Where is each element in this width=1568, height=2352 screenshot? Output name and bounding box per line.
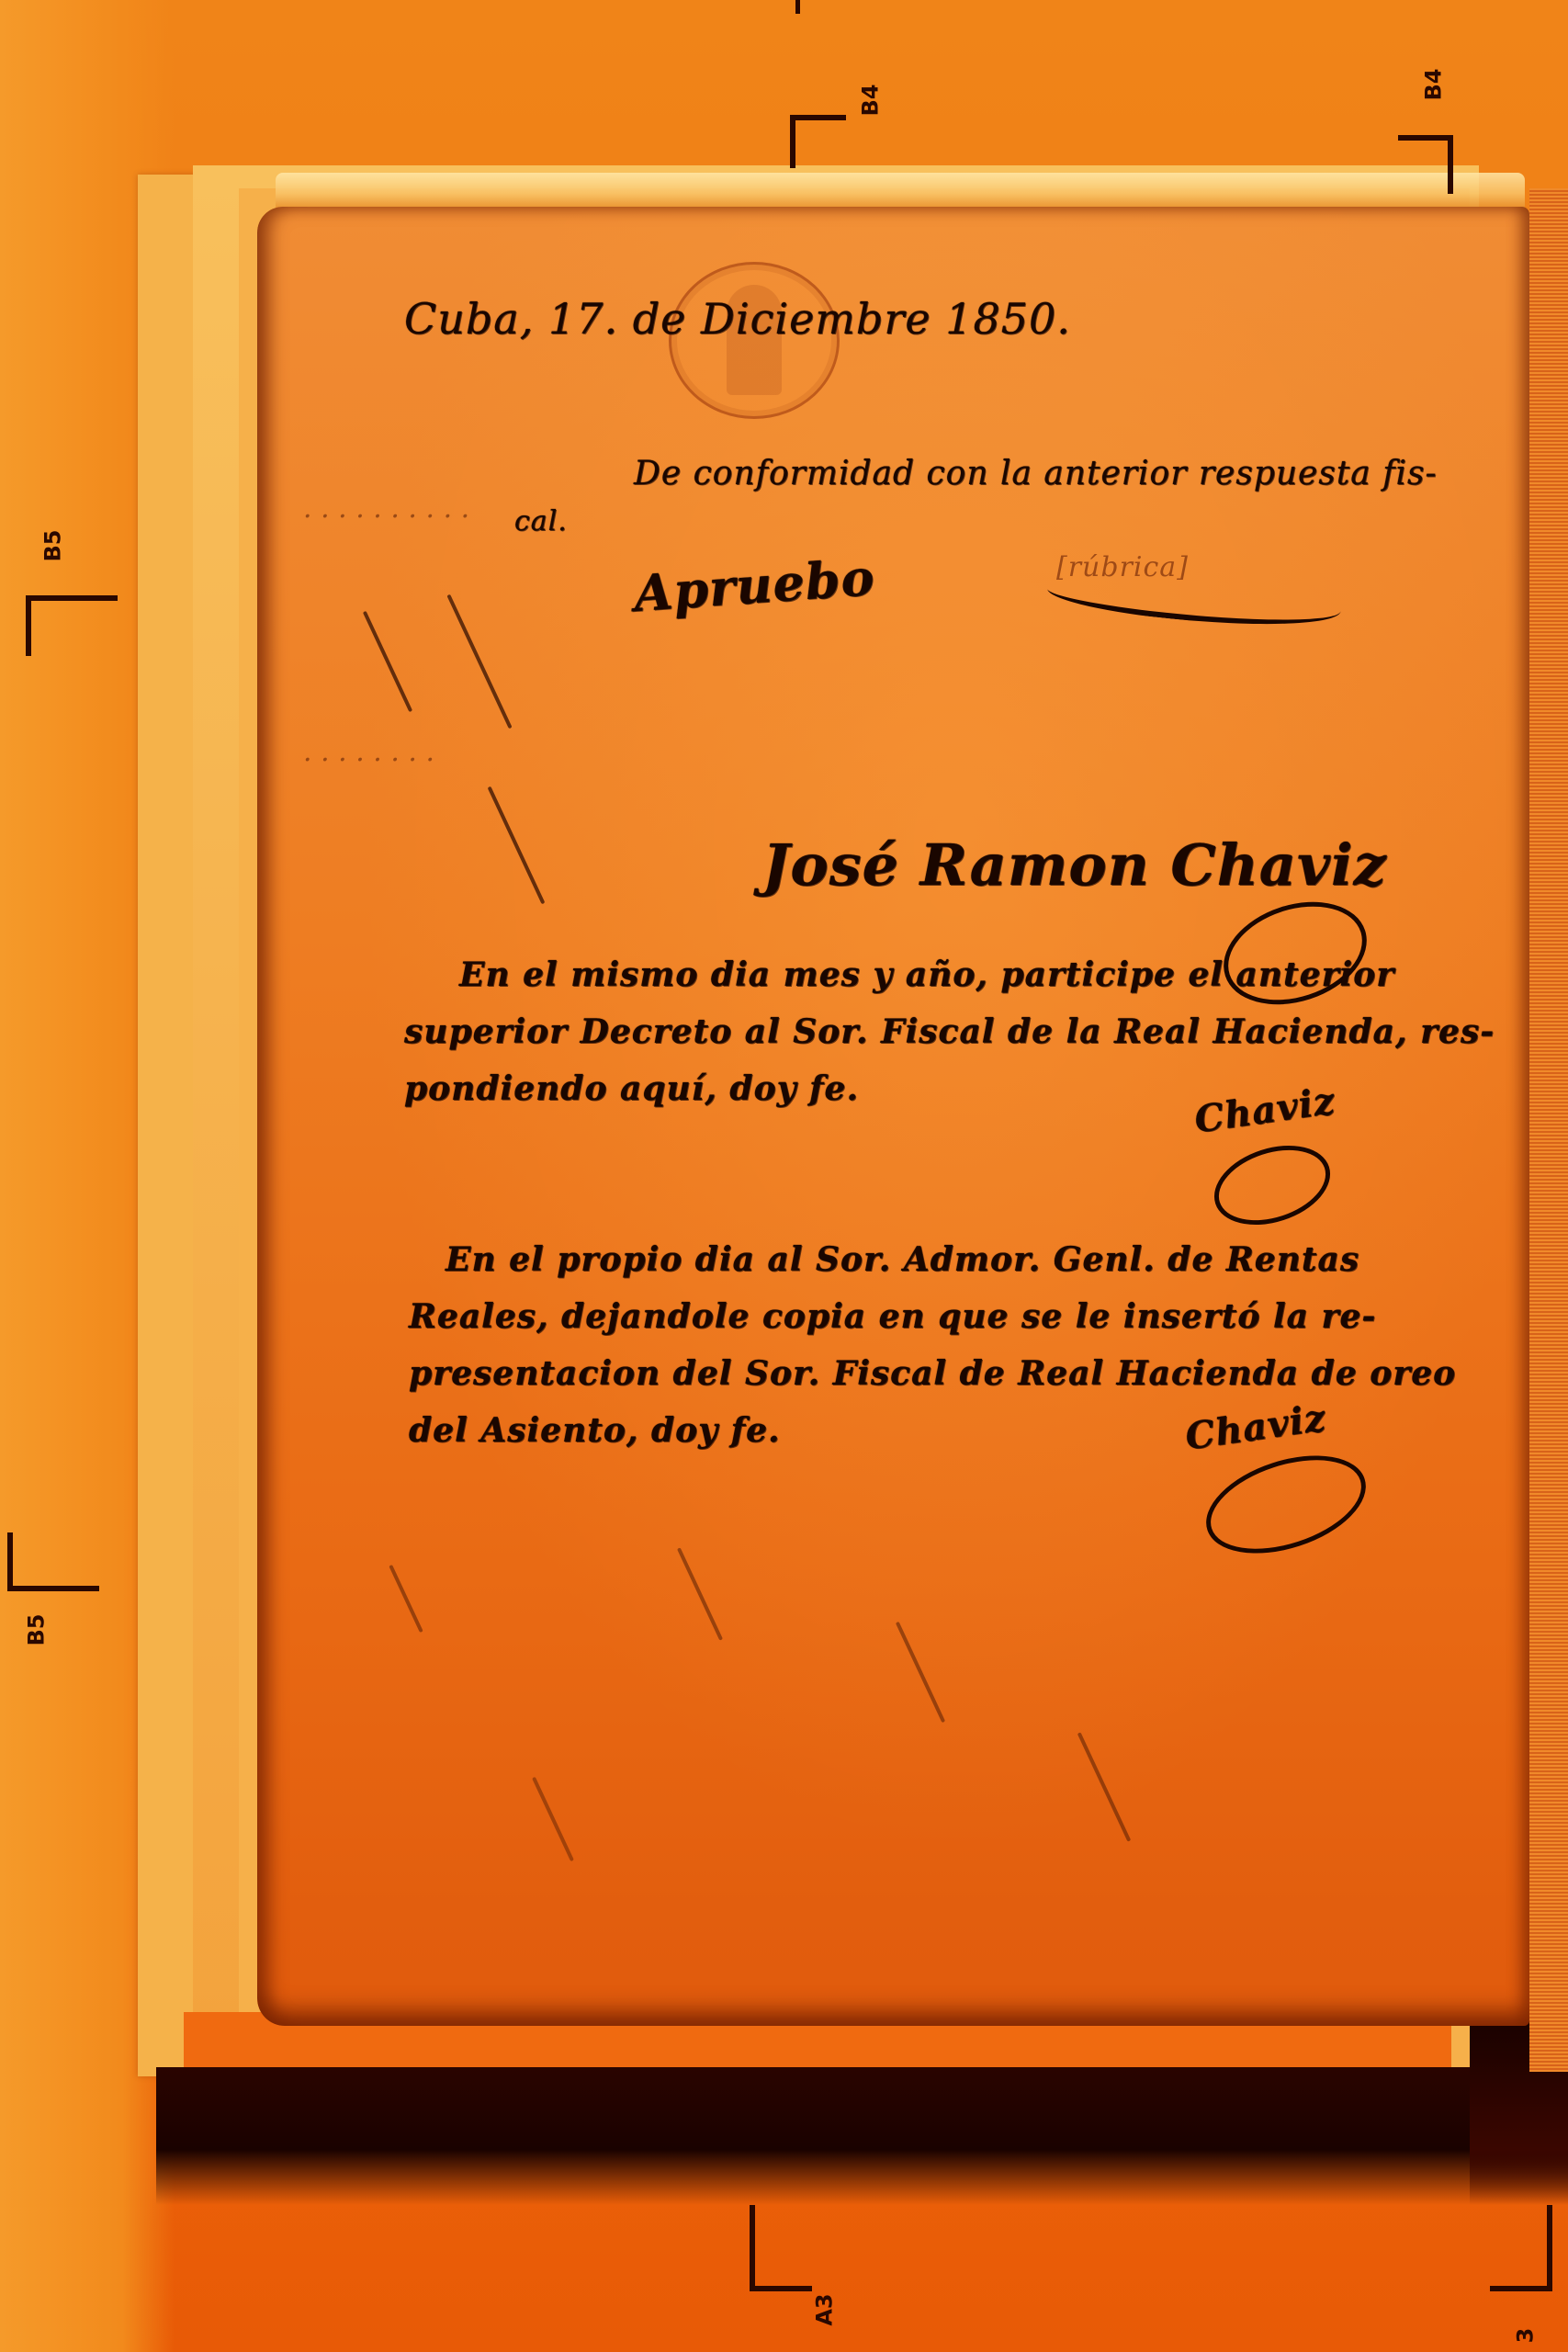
paragraph-1-line: En el mismo dia mes y año, participe el … xyxy=(459,946,1495,1003)
corner-bracket-icon xyxy=(1398,135,1453,194)
corner-bracket-icon xyxy=(1490,2205,1552,2291)
marker-label: B5 xyxy=(24,1614,50,1646)
paragraph-1-line: superior Decreto al Sor. Fiscal de la Re… xyxy=(404,1003,1495,1060)
paragraph-1: En el mismo dia mes y año, participe el … xyxy=(459,946,1495,1117)
signature-main: José Ramon Chaviz xyxy=(762,831,1387,899)
cloth-spine xyxy=(1529,188,1568,2072)
marker-label: B4 xyxy=(858,85,884,117)
marker-label: B4 xyxy=(1421,69,1447,101)
paragraph-2-line: presentacion del Sor. Fiscal de Real Hac… xyxy=(409,1345,1456,1402)
corner-bracket-icon xyxy=(790,115,846,168)
page-top-edge xyxy=(276,173,1525,208)
conformity-continuation: cal. xyxy=(514,505,568,537)
corner-bracket-icon xyxy=(750,2205,812,2291)
marker-label: B5 xyxy=(40,530,66,562)
corner-bracket-icon xyxy=(7,1532,99,1591)
paragraph-2-line: En el propio dia al Sor. Admor. Genl. de… xyxy=(446,1231,1456,1288)
place-date-heading: Cuba, 17. de Diciembre 1850. xyxy=(404,294,1071,344)
marker-label: A3 xyxy=(812,2293,838,2325)
book-shadow xyxy=(156,2067,1568,2205)
top-notch-mark xyxy=(795,0,800,14)
paragraph-2-line: Reales, dejandole copia en que se le ins… xyxy=(409,1288,1456,1345)
conformity-line: De conformidad con la anterior respuesta… xyxy=(634,455,1438,492)
marker-label: 3 xyxy=(1512,2328,1538,2344)
bleed-through-text: · · · · · · · · · · xyxy=(303,501,469,533)
corner-bracket-icon xyxy=(26,595,118,656)
bleed-through-text: · · · · · · · · xyxy=(303,744,434,776)
